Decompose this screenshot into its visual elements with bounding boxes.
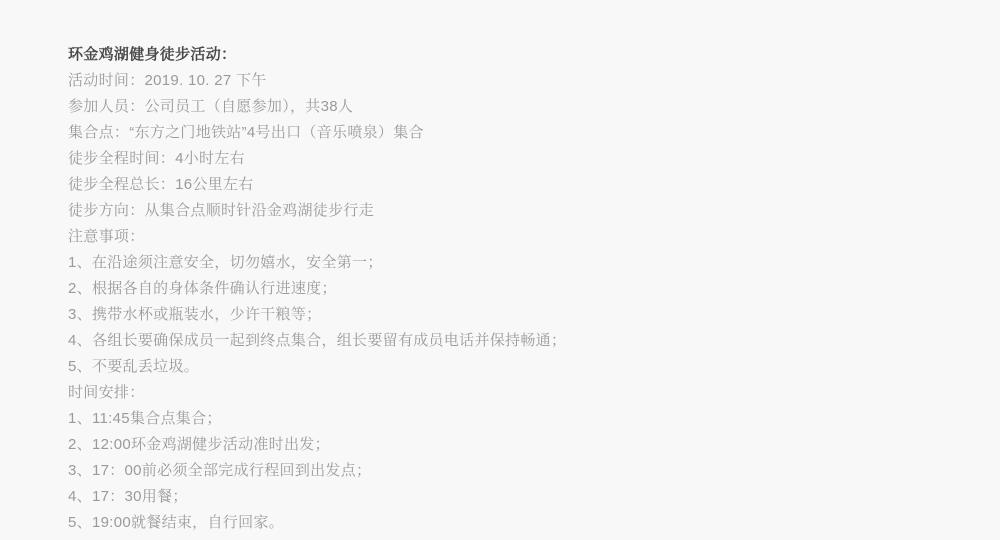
info-line-hike-direction: 徒步方向：从集合点顺时针沿金鸡湖徒步行走 xyxy=(68,198,948,224)
activity-document: 环金鸡湖健身徒步活动： 活动时间：2019. 10. 27 下午 参加人员：公司… xyxy=(68,42,948,536)
note-item-1: 1、在沿途须注意安全，切勿嬉水，安全第一； xyxy=(68,250,948,276)
schedule-item-4: 4、17：30用餐； xyxy=(68,484,948,510)
note-item-4: 4、各组长要确保成员一起到终点集合，组长要留有成员电话并保持畅通； xyxy=(68,328,948,354)
note-item-3: 3、携带水杯或瓶装水，少许干粮等； xyxy=(68,302,948,328)
notes-section-header: 注意事项： xyxy=(68,224,948,250)
note-item-5: 5、不要乱丢垃圾。 xyxy=(68,354,948,380)
schedule-item-2: 2、12:00环金鸡湖健步活动准时出发； xyxy=(68,432,948,458)
info-line-participants: 参加人员：公司员工（自愿参加），共38人 xyxy=(68,94,948,120)
schedule-item-3: 3、17：00前必须全部完成行程回到出发点； xyxy=(68,458,948,484)
info-line-meeting-point: 集合点：“东方之门地铁站”4号出口（音乐喷泉）集合 xyxy=(68,120,948,146)
schedule-section-header: 时间安排： xyxy=(68,380,948,406)
note-item-2: 2、根据各自的身体条件确认行进速度； xyxy=(68,276,948,302)
info-line-activity-time: 活动时间：2019. 10. 27 下午 xyxy=(68,68,948,94)
info-line-total-duration: 徒步全程时间：4小时左右 xyxy=(68,146,948,172)
schedule-item-1: 1、11:45集合点集合； xyxy=(68,406,948,432)
document-title: 环金鸡湖健身徒步活动： xyxy=(68,42,948,68)
schedule-item-5: 5、19:00就餐结束，自行回家。 xyxy=(68,510,948,536)
info-line-total-distance: 徒步全程总长：16公里左右 xyxy=(68,172,948,198)
